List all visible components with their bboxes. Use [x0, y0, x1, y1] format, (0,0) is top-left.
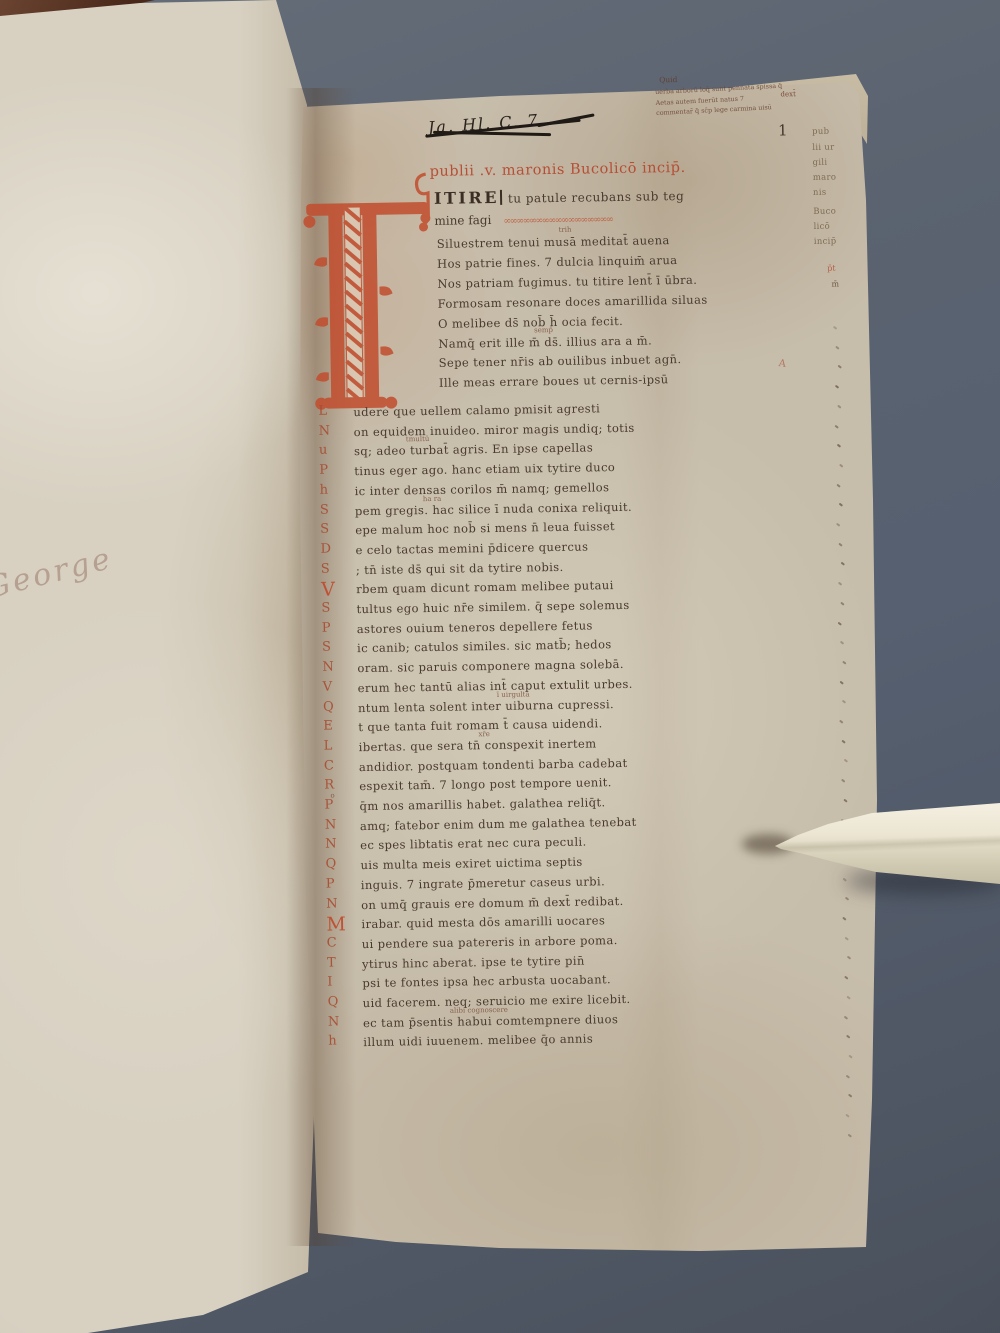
verse-line: Nos patriam fugimus. tu titire lent̄ ī … [437, 273, 697, 291]
pricking-hole [838, 621, 842, 625]
verse-text: tultus ego huic nr̄e similem. q̄ sepe so… [356, 598, 629, 616]
interlinear-gloss: o [330, 792, 334, 800]
verse-text: uis multa meis exiret uictima septis [360, 855, 582, 872]
pricking-hole [838, 582, 842, 586]
verse-text: q̄m nos amarillis habet. galathea reliq̄… [359, 795, 605, 813]
verse-text: astores ouium teneros depellere fetus [357, 618, 593, 636]
versal-initial: S [322, 640, 331, 655]
versal-initial: C [327, 935, 337, 950]
pricking-hole [846, 995, 850, 999]
pricking-hole [844, 976, 848, 980]
pricking-hole [834, 424, 838, 428]
opening-line-1: ITIREtu patule recubans sub teg [434, 185, 684, 208]
versal-initial: N [325, 817, 337, 832]
verse-text: illum uidi iuuenem. melibee q̄o annis [363, 1032, 593, 1050]
versal-initial: D [320, 541, 331, 556]
pricking-hole [835, 345, 839, 349]
verse-text: psi te fontes ipsa hec arbusta uocabant. [362, 972, 611, 990]
versal-initial: P [319, 463, 328, 478]
fore-edge-title-word: gili [812, 158, 827, 168]
versal-initial: N [322, 660, 334, 675]
pricking-hole [841, 739, 845, 743]
rubric-heading: publii .v. maronis Bucolicō incip̄. [430, 160, 686, 180]
versal-initial: h [328, 1034, 337, 1049]
pricking-hole [848, 1094, 852, 1098]
verse-text: andidior. postquam tondenti barba cadeba… [359, 756, 628, 774]
fore-edge-mark: p̄t [827, 264, 835, 273]
versal-initial: Q [328, 994, 339, 1009]
margin-flourish-mark: A [778, 358, 787, 370]
pricking-hole [841, 779, 845, 783]
versal-initial: L [324, 738, 333, 753]
pricking-hole [835, 385, 839, 389]
verse-text: ntum lenta solent inter uiburna cupressi… [358, 697, 614, 715]
verse-line: trihSiluestrem tenui musā meditat̄ auen… [437, 233, 670, 251]
verse-text: udere que uellem calamo pmisit agresti [353, 401, 600, 419]
pricking-hole [845, 897, 849, 901]
pricking-hole [839, 720, 843, 724]
verse-text: irabar. quid mesta dōs amarilli uocares [361, 913, 605, 931]
versal-initial: P [322, 620, 331, 635]
versal-initial: P [326, 876, 335, 891]
verse-text: sq; adeo turbat̄ agris. En ipse capellas [354, 441, 593, 459]
pricking-hole [840, 601, 844, 605]
versal-initial: P [324, 798, 333, 813]
versal-initial: S [321, 561, 330, 576]
margin-note: uerba arborū loq̄ sunt pennata spissa q… [655, 79, 808, 118]
verse-line: semp̄Namq̄ erit ille m̄ ds̄. illius ara … [438, 333, 652, 350]
fore-edge-mark: m̄ [831, 280, 839, 289]
pricking-hole [838, 542, 842, 546]
verse-text: rbem quam dicunt romam melibee putaui [356, 578, 614, 596]
versal-initial: M [326, 914, 346, 936]
versal-initial: S [320, 522, 329, 537]
verse-text: inguis. 7 ingrate p̄meretur caseus urbi. [361, 874, 606, 892]
verse-line: Formosam resonare doces amarillida silua… [438, 292, 708, 310]
fore-edge-title-word: maro [813, 173, 837, 183]
pricking-hole [844, 1015, 848, 1019]
verse-text: ic inter densas corilos m̄ namq; gemello… [355, 480, 610, 498]
pricking-hole [839, 680, 843, 684]
pricking-hole [840, 641, 844, 645]
verse-text: epe malum hoc nob̄ si mens n̄ leua fuiss… [355, 519, 615, 537]
verse-text: ic canib; catulos similes. sic matb̄; he… [357, 638, 612, 656]
versal-initial: N [325, 837, 337, 852]
verse-text: ui pendere sua patereris in arbore poma. [362, 933, 618, 951]
verse-text: Hos patrie fines. 7 dulcia linquim̄ arua [437, 253, 678, 271]
verse-text: ytirus hinc aberat. ipse te tytire pin̄ [362, 953, 585, 970]
verse-text: ec spes libtatis erat nec cura peculi. [360, 835, 587, 853]
verse-text: pem gregis. hac silice ī nuda conixa re… [355, 499, 632, 517]
verse-text: ; tn̄ iste ds̄ qui sit da tytire nobis. [356, 559, 564, 576]
pricking-hole [845, 1114, 849, 1118]
verse-text: ibertas. que sera tn̄ conspexit inertem [359, 736, 597, 754]
verse-text: amq; fatebor enim dum me galathea teneba… [360, 814, 637, 832]
verse-text: ec tam p̄sentis habui comtempnere diuos [363, 1012, 618, 1030]
pricking-hole [836, 483, 840, 487]
flyleaf-inscription: George [0, 541, 116, 606]
pricking-hole [836, 523, 840, 527]
opening-line2-text: mine fagi [434, 213, 491, 228]
pricking-hole [842, 700, 846, 704]
verse-text: Namq̄ erit ille m̄ ds̄. illius ara a m̄. [438, 333, 652, 350]
pricking-hole [846, 1074, 850, 1078]
page-text-layer: George Ja. Hl. C. 7. Quid dext̄ uerba ar… [0, 0, 1000, 1333]
versal-initial: V [321, 579, 335, 601]
opening-line-2: mine fagi∞∞∞∞∞∞∞∞∞∞∞∞∞∞∞∞∞ [434, 211, 612, 228]
pricking-hole [848, 1054, 852, 1058]
pricking-hole [841, 562, 845, 566]
versal-initial: Q [323, 699, 334, 714]
verse-line: Ille meas errare boues ut cernis-ipsū [439, 373, 669, 391]
verse-text: Siluestrem tenui musā meditat̄ auena [437, 233, 670, 251]
pricking-hole [842, 917, 846, 921]
versal-initial: I [327, 975, 332, 990]
verse-text: tinus eger ago. hanc etiam uix tytire du… [354, 460, 615, 478]
verse-text: oram. sic paruis componere magna solebā… [357, 657, 624, 675]
versal-initial: V [323, 679, 333, 694]
pricking-hole [837, 444, 841, 448]
fore-edge-title-word: nis [813, 188, 827, 198]
pricking-hole [838, 365, 842, 369]
versal-initial: C [324, 758, 334, 773]
verse-line: O melibee ds̄ nob̄ h̄ ocia fecit. [438, 314, 623, 331]
versal-initial: N [328, 1014, 340, 1029]
pricking-hole [848, 1133, 852, 1137]
fore-edge-title-word: lii ur [812, 143, 834, 153]
versal-initial: S [321, 601, 330, 616]
capital-divider-stroke [500, 190, 502, 205]
pricking-hole [842, 661, 846, 665]
red-line-filler-ornament: ∞∞∞∞∞∞∞∞∞∞∞∞∞∞∞∞∞ [503, 214, 612, 227]
verse-text: erum hec tantū alias int̄ caput extulit… [358, 677, 633, 695]
verse-text: on equidem inuideo. miror magis undiq; t… [354, 420, 635, 438]
verse-text: Nos patriam fugimus. tu titire lent̄ ī … [437, 273, 697, 291]
pricking-hole [839, 464, 843, 468]
versal-initial: E [323, 719, 333, 734]
versal-initial: S [320, 502, 329, 517]
interlinear-gloss: trih [559, 226, 572, 234]
verse-line: Hos patrie fines. 7 dulcia linquim̄ arua [437, 253, 678, 271]
versal-initial: N [326, 896, 338, 911]
fore-edge-title-word: Buco [813, 207, 836, 217]
fore-edge-title-word: incip̄ [814, 237, 837, 247]
versal-initial: L [318, 404, 327, 419]
fore-edge-title-word: licō [813, 222, 830, 232]
manuscript-photo: George Ja. Hl. C. 7. Quid dext̄ uerba ar… [0, 0, 1000, 1333]
verse-text: espexit tam̄. 7 longo post tempore uenit… [359, 775, 612, 793]
pricking-hole [844, 936, 848, 940]
verse-text: Formosam resonare doces amarillida silua… [438, 292, 708, 310]
interlinear-gloss: semp̄ [534, 326, 553, 334]
verse-text: Sepe tener nr̄is ab ouilibus inbuet agn̄… [439, 352, 682, 370]
verse-text: e celo tactas memini p̄dicere quercus [355, 539, 588, 557]
interlinear-gloss: xr̄e [478, 730, 490, 738]
versal-initial: N [319, 423, 331, 438]
pricking-hole [844, 759, 848, 763]
versal-initial: h [320, 482, 329, 497]
verse-text: on umq̄ grauis ere domum m̄ dext̄ rediba… [361, 893, 624, 911]
verse-line: Sepe tener nr̄is ab ouilibus inbuet agn̄… [439, 352, 682, 370]
versal-initial: T [327, 955, 336, 970]
verse-text: Ille meas errare boues ut cernis-ipsū [439, 373, 669, 391]
versal-initial: Q [325, 857, 336, 872]
opening-capitals: ITIRE [434, 188, 499, 208]
margin-note-lead: Quid [659, 75, 677, 84]
verse-text: O melibee ds̄ nob̄ h̄ ocia fecit. [438, 314, 623, 331]
opening-line1-text: tu patule recubans sub teg [508, 189, 685, 206]
illuminated-initial-T [298, 166, 442, 421]
fore-edge-title-word: pub [812, 127, 829, 137]
pricking-hole [843, 798, 847, 802]
pricking-hole [839, 503, 843, 507]
versal-initial: u [319, 443, 328, 458]
pricking-hole [837, 404, 841, 408]
pricking-hole [847, 956, 851, 960]
folio-number: 1 [778, 121, 788, 139]
pricking-hole [833, 326, 837, 330]
pricking-hole [846, 1035, 850, 1039]
